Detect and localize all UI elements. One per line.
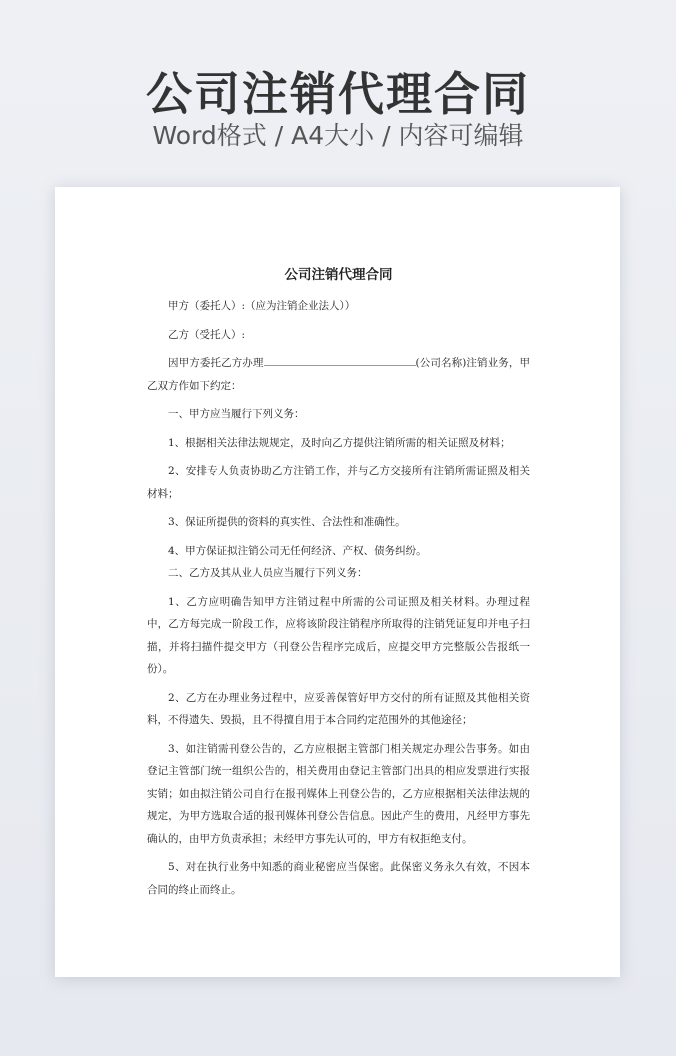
section1-item: 2、安排专人负责协助乙方注销工作，并与乙方交接所有注销所需证照及相关材料； (147, 460, 530, 505)
section2-item: 2、乙方在办理业务过程中，应妥善保管好甲方交付的所有证照及其他相关资料，不得遗失… (147, 687, 530, 732)
banner-title: 公司注销代理合同 (0, 64, 676, 124)
section2-item: 3、如注销需刊登公告的，乙方应根据主管部门相关规定办理公告事务。如由登记主管部门… (147, 738, 530, 851)
section1-heading: 一、甲方应当履行下列义务： (147, 403, 530, 426)
section1-item: 1、根据相关法律法规规定，及时向乙方提供注销所需的相关证照及材料； (147, 432, 530, 455)
section1-item: 4、甲方保证拟注销公司无任何经济、产权、债务纠纷。 (147, 540, 530, 563)
party-a: 甲方（委托人）:（应为注销企业法人）） (147, 295, 530, 318)
section1-item: 3、保证所提供的资料的真实性、合法性和准确性。 (147, 511, 530, 534)
document-title: 公司注销代理合同 (147, 265, 530, 285)
section2-item: 1、乙方应明确告知甲方注销过程中所需的公司证照及相关材料。办理过程中，乙方每完成… (147, 591, 530, 681)
banner-subtitle: Word格式 / A4大小 / 内容可编辑 (0, 118, 676, 154)
section2-heading: 二、乙方及其从业人员应当履行下列义务： (147, 562, 530, 585)
section2-item: 5、对在执行业务中知悉的商业秘密应当保密。此保密义务永久有效，不因本合同的终止而… (147, 856, 530, 901)
company-name-blank[interactable] (264, 353, 416, 366)
document-page: 公司注销代理合同 甲方（委托人）:（应为注销企业法人）） 乙方（受托人）: 因甲… (55, 187, 620, 977)
intro-paragraph: 因甲方委托乙方办理(公司名称)注销业务，甲乙双方作如下约定： (147, 352, 530, 397)
document-body: 公司注销代理合同 甲方（委托人）:（应为注销企业法人）） 乙方（受托人）: 因甲… (147, 265, 530, 907)
party-b: 乙方（受托人）: (147, 324, 530, 347)
intro-prefix: 因甲方委托乙方办理 (168, 357, 264, 369)
